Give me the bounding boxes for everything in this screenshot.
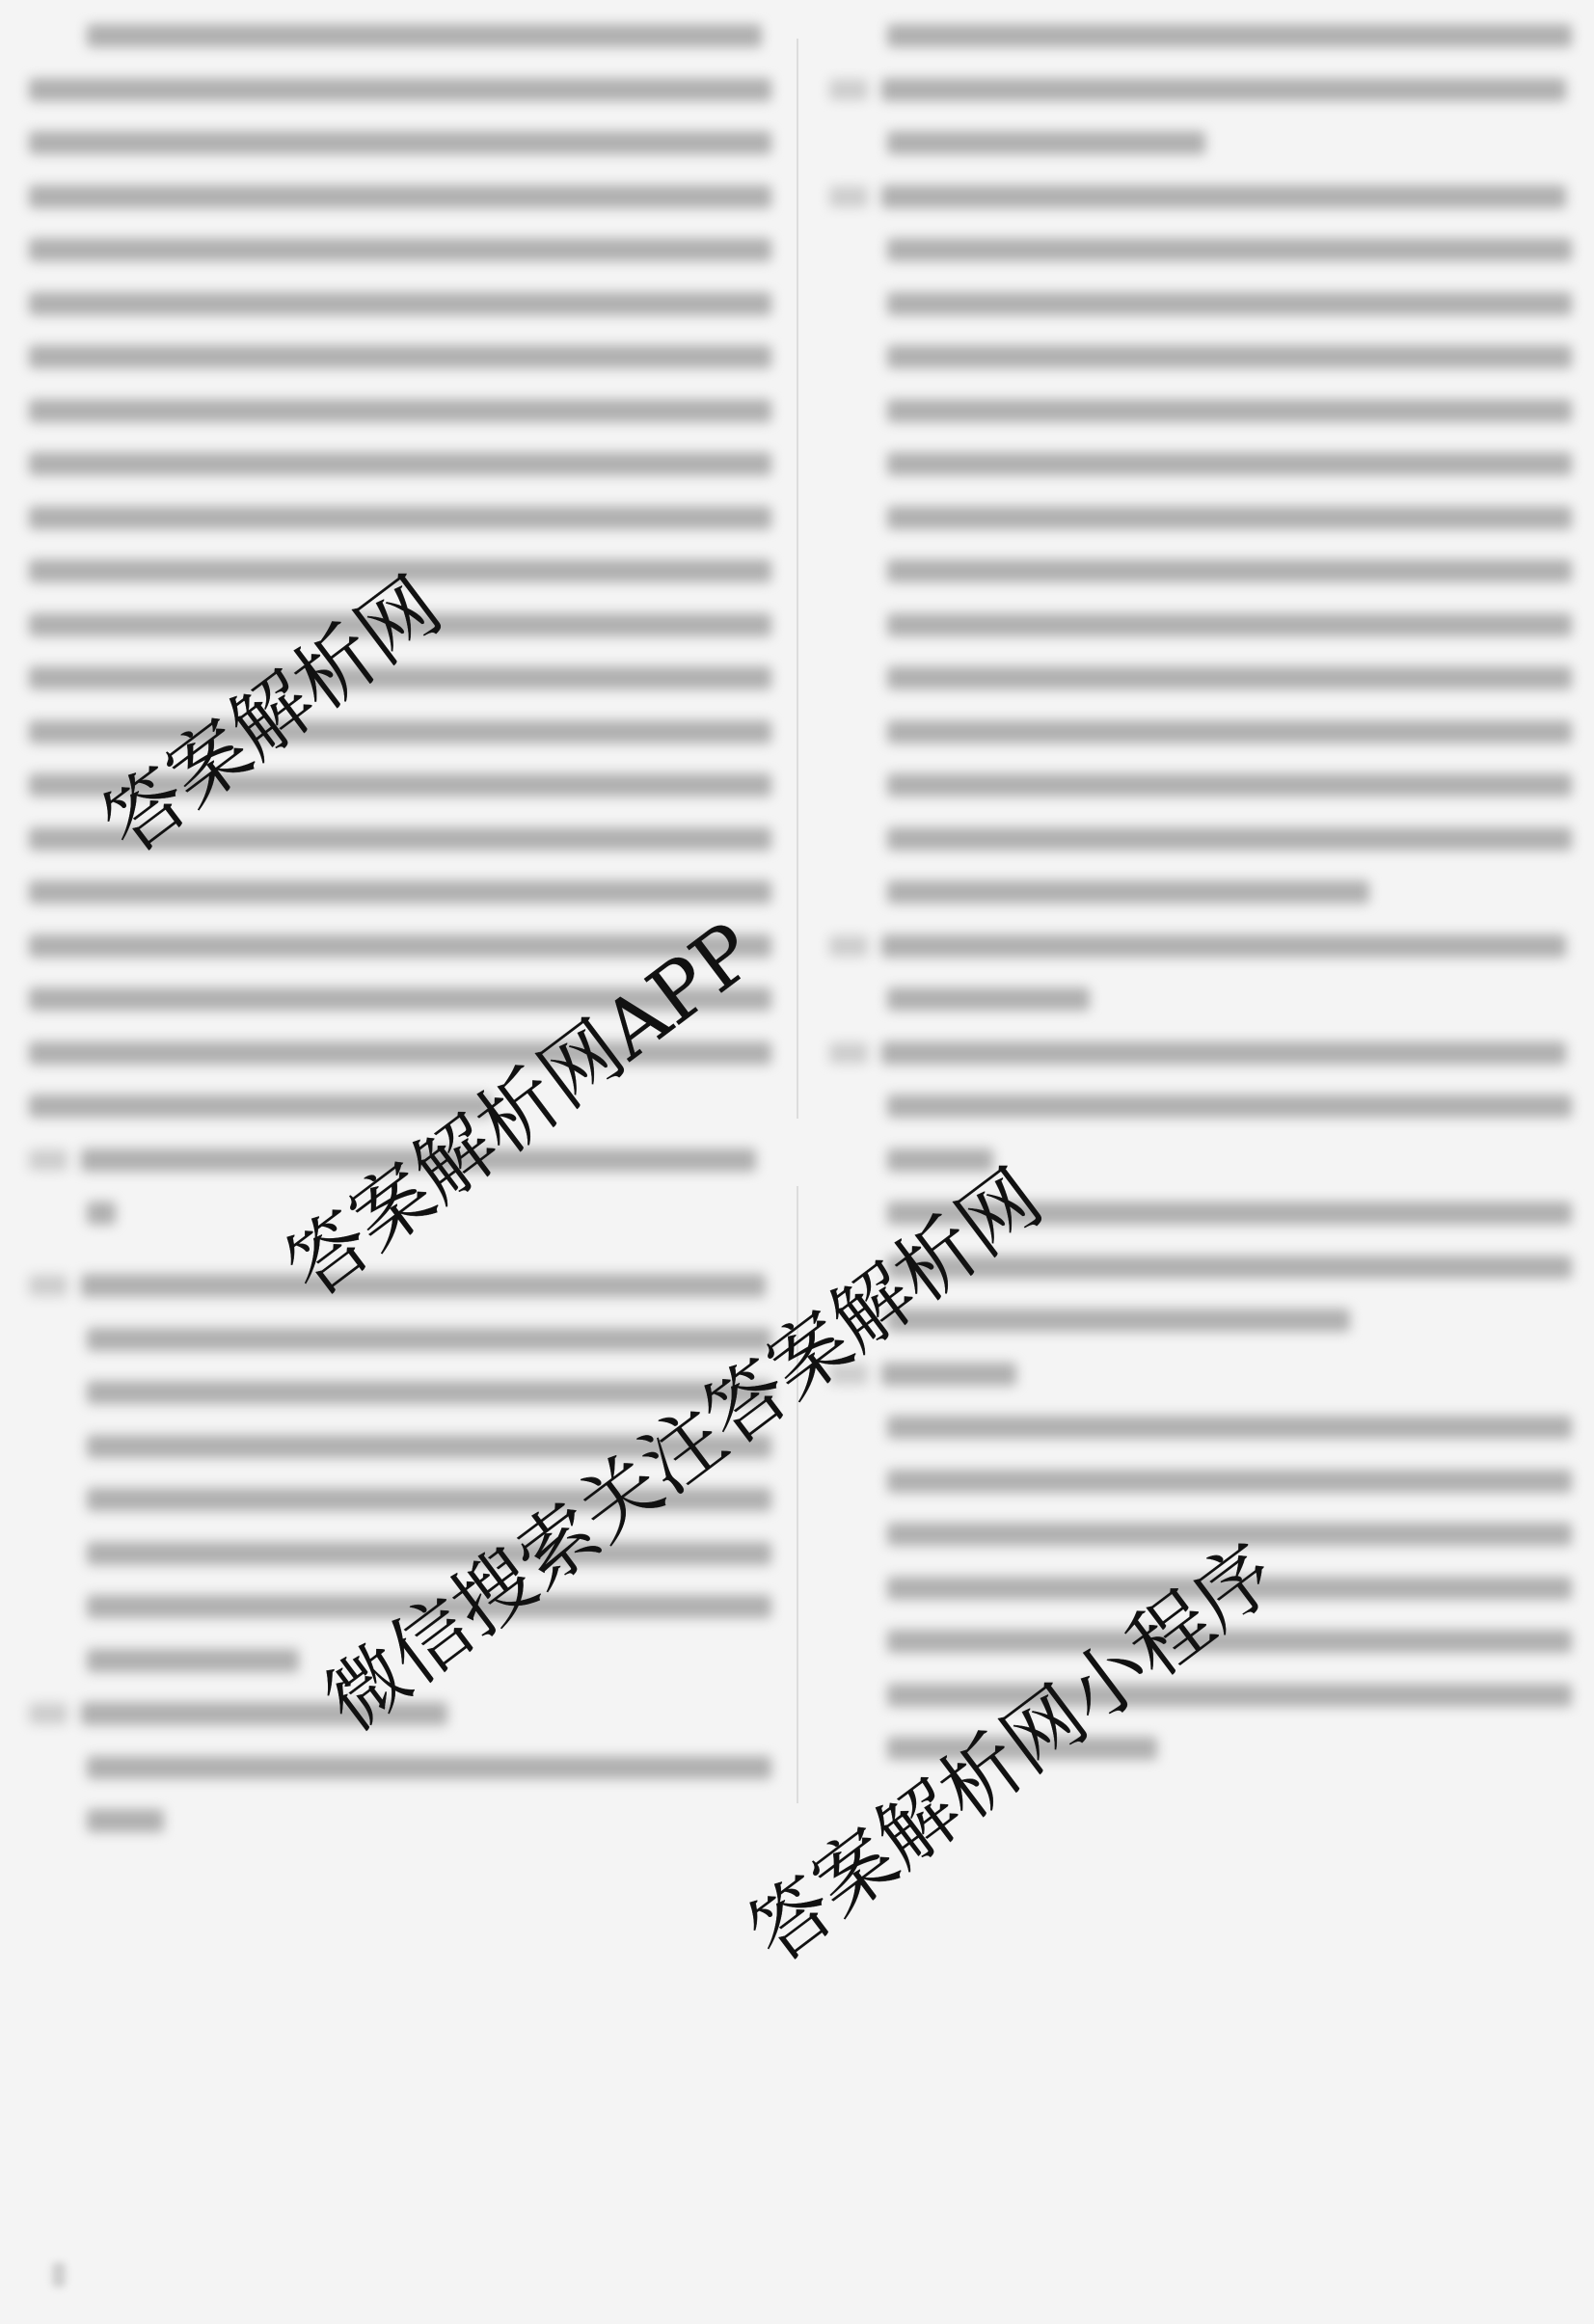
blurred-text-line	[29, 75, 771, 104]
blurred-text-line	[29, 396, 771, 425]
blurred-text-line	[29, 503, 771, 532]
blurred-text-line	[29, 342, 771, 371]
blurred-text-line	[87, 1806, 771, 1835]
blurred-text-line	[29, 449, 771, 478]
blurred-text-line	[887, 21, 1572, 50]
blurred-text-line	[29, 1271, 771, 1300]
blurred-text-line	[87, 1753, 771, 1782]
blurred-text-line	[887, 824, 1572, 853]
blurred-text-line	[829, 1039, 1572, 1067]
blurred-text-line	[29, 182, 771, 211]
blurred-text-line	[29, 1092, 771, 1121]
blurred-text-line	[29, 235, 771, 264]
blurred-text-line	[829, 932, 1572, 960]
blurred-text-line	[887, 985, 1572, 1013]
column-divider-top	[797, 39, 798, 1119]
blurred-text-line	[887, 610, 1572, 639]
blurred-text-line	[887, 770, 1572, 799]
blurred-text-line	[29, 878, 771, 906]
column-divider-bottom	[797, 1186, 798, 1803]
right-column	[829, 21, 1572, 1788]
blurred-text-line	[887, 1413, 1572, 1442]
blurred-text-line	[29, 289, 771, 318]
blurred-text-line	[887, 556, 1572, 585]
blurred-text-line	[887, 878, 1572, 906]
blurred-text-line	[87, 1325, 771, 1354]
blurred-text-line	[887, 1467, 1572, 1496]
blurred-text-line	[29, 128, 771, 157]
blurred-text-line	[887, 663, 1572, 692]
blurred-text-line	[887, 396, 1572, 425]
blurred-text-line	[829, 1360, 1572, 1389]
blurred-text-line	[887, 717, 1572, 746]
blurred-text-line	[887, 128, 1572, 157]
blurred-text-line	[887, 1092, 1572, 1121]
blurred-text-line	[887, 1306, 1572, 1335]
blurred-text-line	[887, 342, 1572, 371]
blurred-text-line	[829, 75, 1572, 104]
blurred-text-line	[829, 182, 1572, 211]
blurred-text-line	[887, 289, 1572, 318]
page-number	[52, 2262, 66, 2287]
blurred-text-line	[887, 235, 1572, 264]
blurred-text-line	[87, 21, 771, 50]
blurred-text-line	[887, 503, 1572, 532]
blurred-text-line	[887, 449, 1572, 478]
